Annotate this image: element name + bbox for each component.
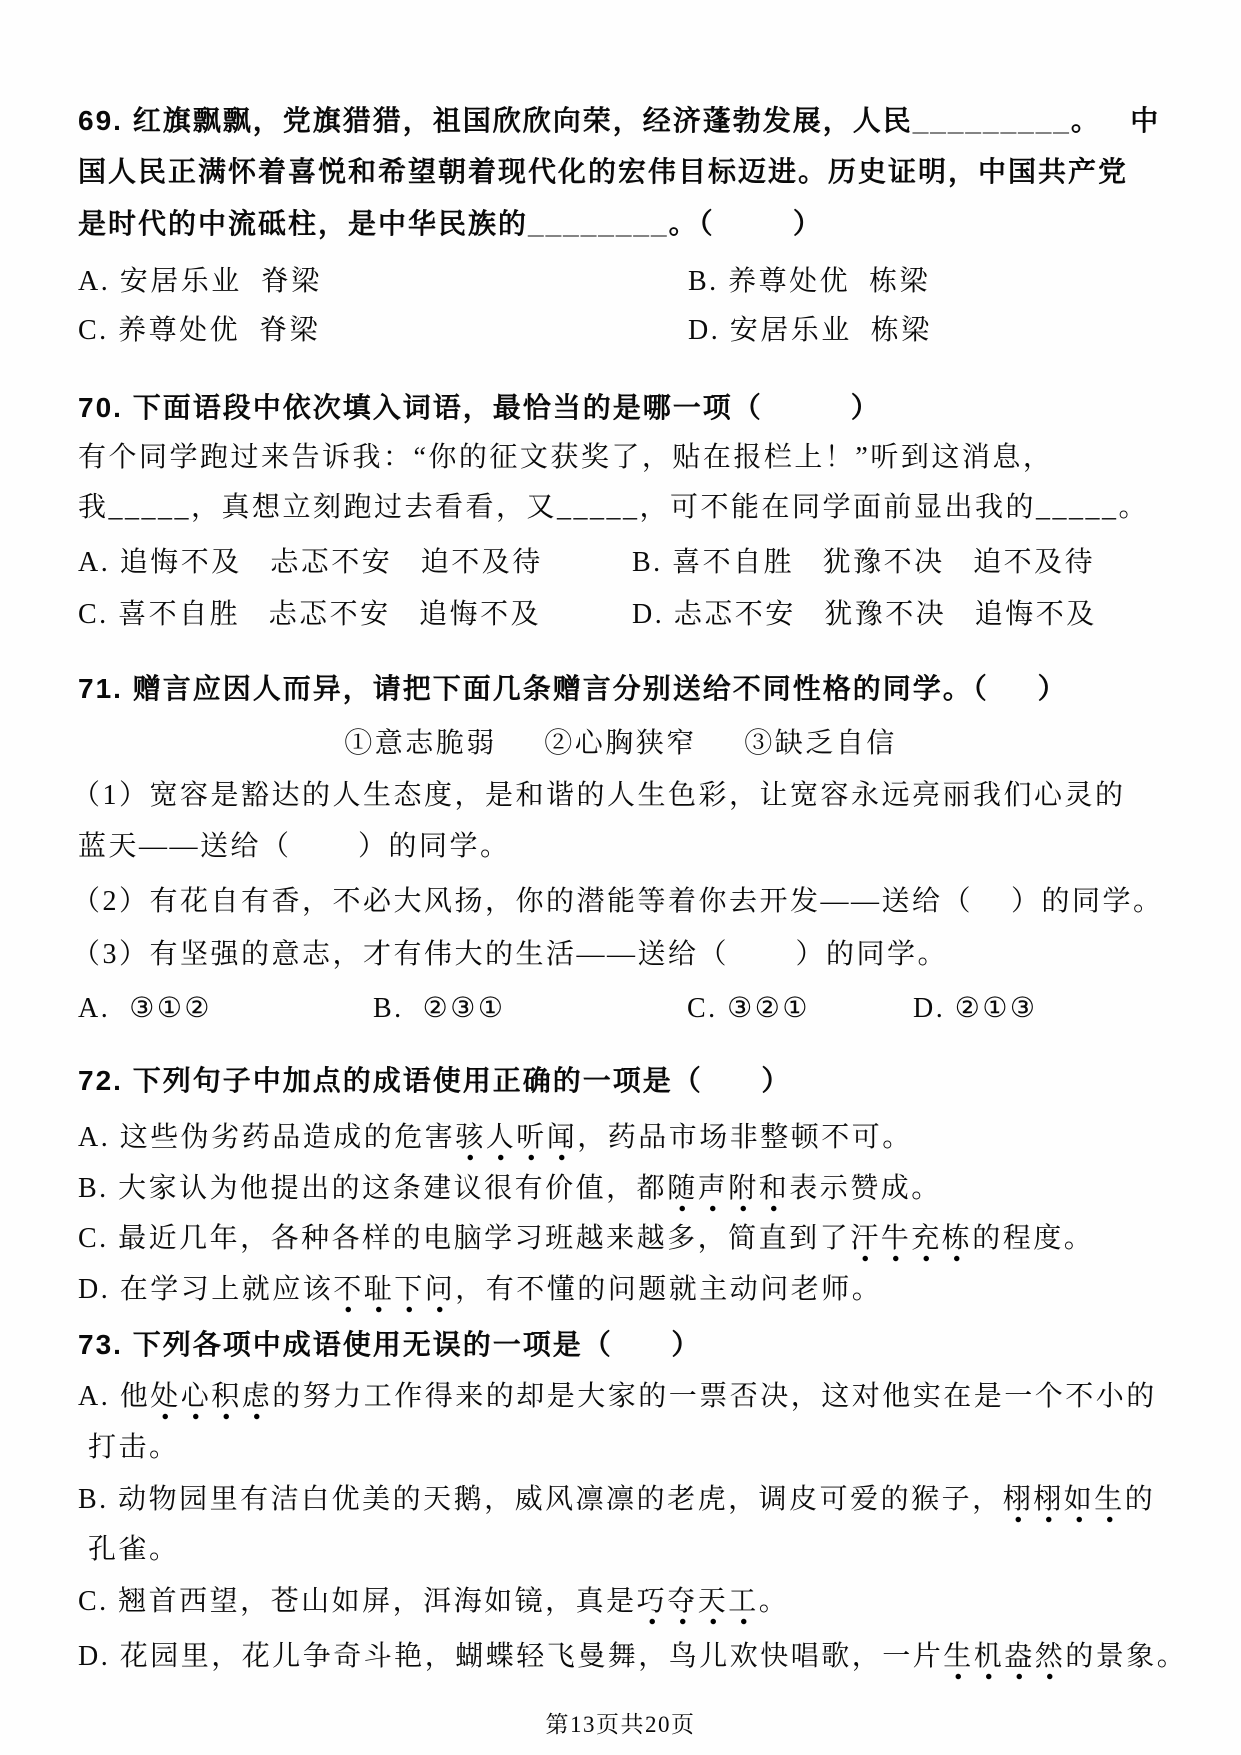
question-72-option-c: C. 最近几年，各种各样的电脑学习班越来越多，简直到了汗牛充栋的程度。 [78,1222,1094,1256]
question-73-option-d: D. 花园里，花儿争奇斗艳，蝴蝶轻飞曼舞，鸟儿欢快唱歌，一片生机盎然的景象。 [78,1640,1187,1674]
question-70-option-a: A. 追悔不及 忐忑不安 迫不及待 [78,546,543,580]
option-text: A. 这些伪劣药品造成的危害 [78,1122,455,1153]
question-70-title: 70. 下面语段中依次填入词语，最恰当的是哪一项（ ） [78,391,881,425]
question-69-stem-line-2: 国人民正满怀着喜悦和希望朝着现代化的宏伟目标迈进。历史证明，中国共产党 [78,155,1128,189]
option-text: 的努力工作得来的却是大家的一票否决，这对他实在是一个不小的 [272,1381,1157,1412]
question-72-option-d: D. 在学习上就应该不耻下问，有不懂的问题就主动问老师。 [78,1273,882,1307]
question-71-option-b: B. ②③① [373,992,505,1026]
question-73-option-b-line-1: B. 动物园里有洁白优美的天鹅，威风凛凛的老虎，调皮可爱的猴子，栩栩如生的 [78,1483,1155,1517]
option-text: 表示赞成。 [789,1173,942,1204]
question-71-option-c: C. ③②① [687,992,810,1026]
option-text: 的程度。 [972,1223,1094,1254]
emphasized-idiom: 骇人听闻 [455,1122,577,1162]
question-69-option-b: B. 养尊处优 栋梁 [688,265,930,299]
emphasized-idiom: 汗牛充栋 [850,1223,972,1263]
question-73-title: 73. 下列各项中成语使用无误的一项是（ ） [78,1328,701,1362]
emphasized-idiom: 栩栩如生 [1003,1484,1125,1524]
emphasized-idiom: 巧夺天工 [637,1586,759,1626]
emphasized-idiom: 生机盎然 [943,1641,1065,1681]
question-70-paragraph-line-1: 有个同学跑过来告诉我：“你的征文获奖了，贴在报栏上！”听到这消息， [78,441,1053,475]
option-text: 的 [1125,1484,1156,1515]
option-text: C. 最近几年，各种各样的电脑学习班越来越多，简直到了 [78,1223,850,1254]
question-71-item-2: （2）有花自有香，不必大风扬，你的潜能等着你去开发——送给（ ）的同学。 [72,885,1164,919]
option-text: ，药品市场非整顿不可。 [577,1122,913,1153]
question-71-option-a: A. ③①② [78,992,212,1026]
question-69-stem-line-1: 69. 红旗飘飘，党旗猎猎，祖国欣欣向荣，经济蓬勃发展，人民_________。… [78,104,1160,138]
option-text: D. 花园里，花儿争奇斗艳，蝴蝶轻飞曼舞，鸟儿欢快唱歌，一片 [78,1641,943,1672]
question-72-option-a: A. 这些伪劣药品造成的危害骇人听闻，药品市场非整顿不可。 [78,1121,913,1155]
emphasized-idiom: 不耻下问 [333,1274,455,1314]
option-text: 的景象。 [1065,1641,1187,1672]
question-73-option-a-line-1: A. 他处心积虑的努力工作得来的却是大家的一票否决，这对他实在是一个不小的 [78,1380,1157,1414]
question-71-trait-list: ①意志脆弱 ②心胸狭窄 ③缺乏自信 [0,727,1241,761]
question-70-option-d: D. 忐忑不安 犹豫不决 追悔不及 [632,598,1097,632]
option-text: D. 在学习上就应该 [78,1274,333,1305]
question-72-title: 72. 下列句子中加点的成语使用正确的一项是（ ） [78,1064,791,1098]
option-text: 。 [759,1586,790,1617]
question-71-item-1-line-2: 蓝天——送给（ ）的同学。 [78,830,511,864]
emphasized-idiom: 随声附和 [667,1173,789,1213]
option-text: A. 他 [78,1381,150,1412]
option-text: B. 大家认为他提出的这条建议很有价值，都 [78,1173,667,1204]
question-71-option-d: D. ②①③ [913,992,1038,1026]
page-footer: 第13页共20页 [0,1708,1241,1742]
question-72-option-b: B. 大家认为他提出的这条建议很有价值，都随声附和表示赞成。 [78,1172,942,1206]
exam-page: 69. 红旗飘飘，党旗猎猎，祖国欣欣向荣，经济蓬勃发展，人民_________。… [0,0,1241,1755]
option-text: B. 动物园里有洁白优美的天鹅，威风凛凛的老虎，调皮可爱的猴子， [78,1484,1003,1515]
question-71-item-3: （3）有坚强的意志，才有伟大的生活——送给（ ）的同学。 [72,938,948,972]
question-69-option-c: C. 养尊处优 脊梁 [78,314,320,348]
question-73-option-c: C. 翘首西望，苍山如屏，洱海如镜，真是巧夺天工。 [78,1585,789,1619]
question-70-option-c: C. 喜不自胜 忐忑不安 追悔不及 [78,598,541,632]
option-text: C. 翘首西望，苍山如屏，洱海如镜，真是 [78,1586,637,1617]
question-69-stem-line-3: 是时代的中流砥柱，是中华民族的________。（ ） [78,207,823,241]
question-73-option-a-line-2: 打击。 [88,1431,180,1465]
question-71-item-1-line-1: （1）宽容是豁达的人生态度，是和谐的人生色彩，让宽容永远亮丽我们心灵的 [72,779,1126,813]
question-73-option-b-line-2: 孔雀。 [88,1533,180,1567]
option-text: ，有不懂的问题就主动问老师。 [455,1274,882,1305]
emphasized-idiom: 处心积虑 [150,1381,272,1421]
question-69-option-a: A. 安居乐业 脊梁 [78,265,322,299]
question-70-option-b: B. 喜不自胜 犹豫不决 迫不及待 [632,546,1095,580]
question-71-title: 71. 赠言应因人而异，请把下面几条赠言分别送给不同性格的同学。（ ） [78,672,1068,706]
question-70-paragraph-line-2: 我_____，真想立刻跑过去看看，又_____，可不能在同学面前显出我的____… [78,491,1149,525]
question-69-option-d: D. 安居乐业 栋梁 [688,314,932,348]
